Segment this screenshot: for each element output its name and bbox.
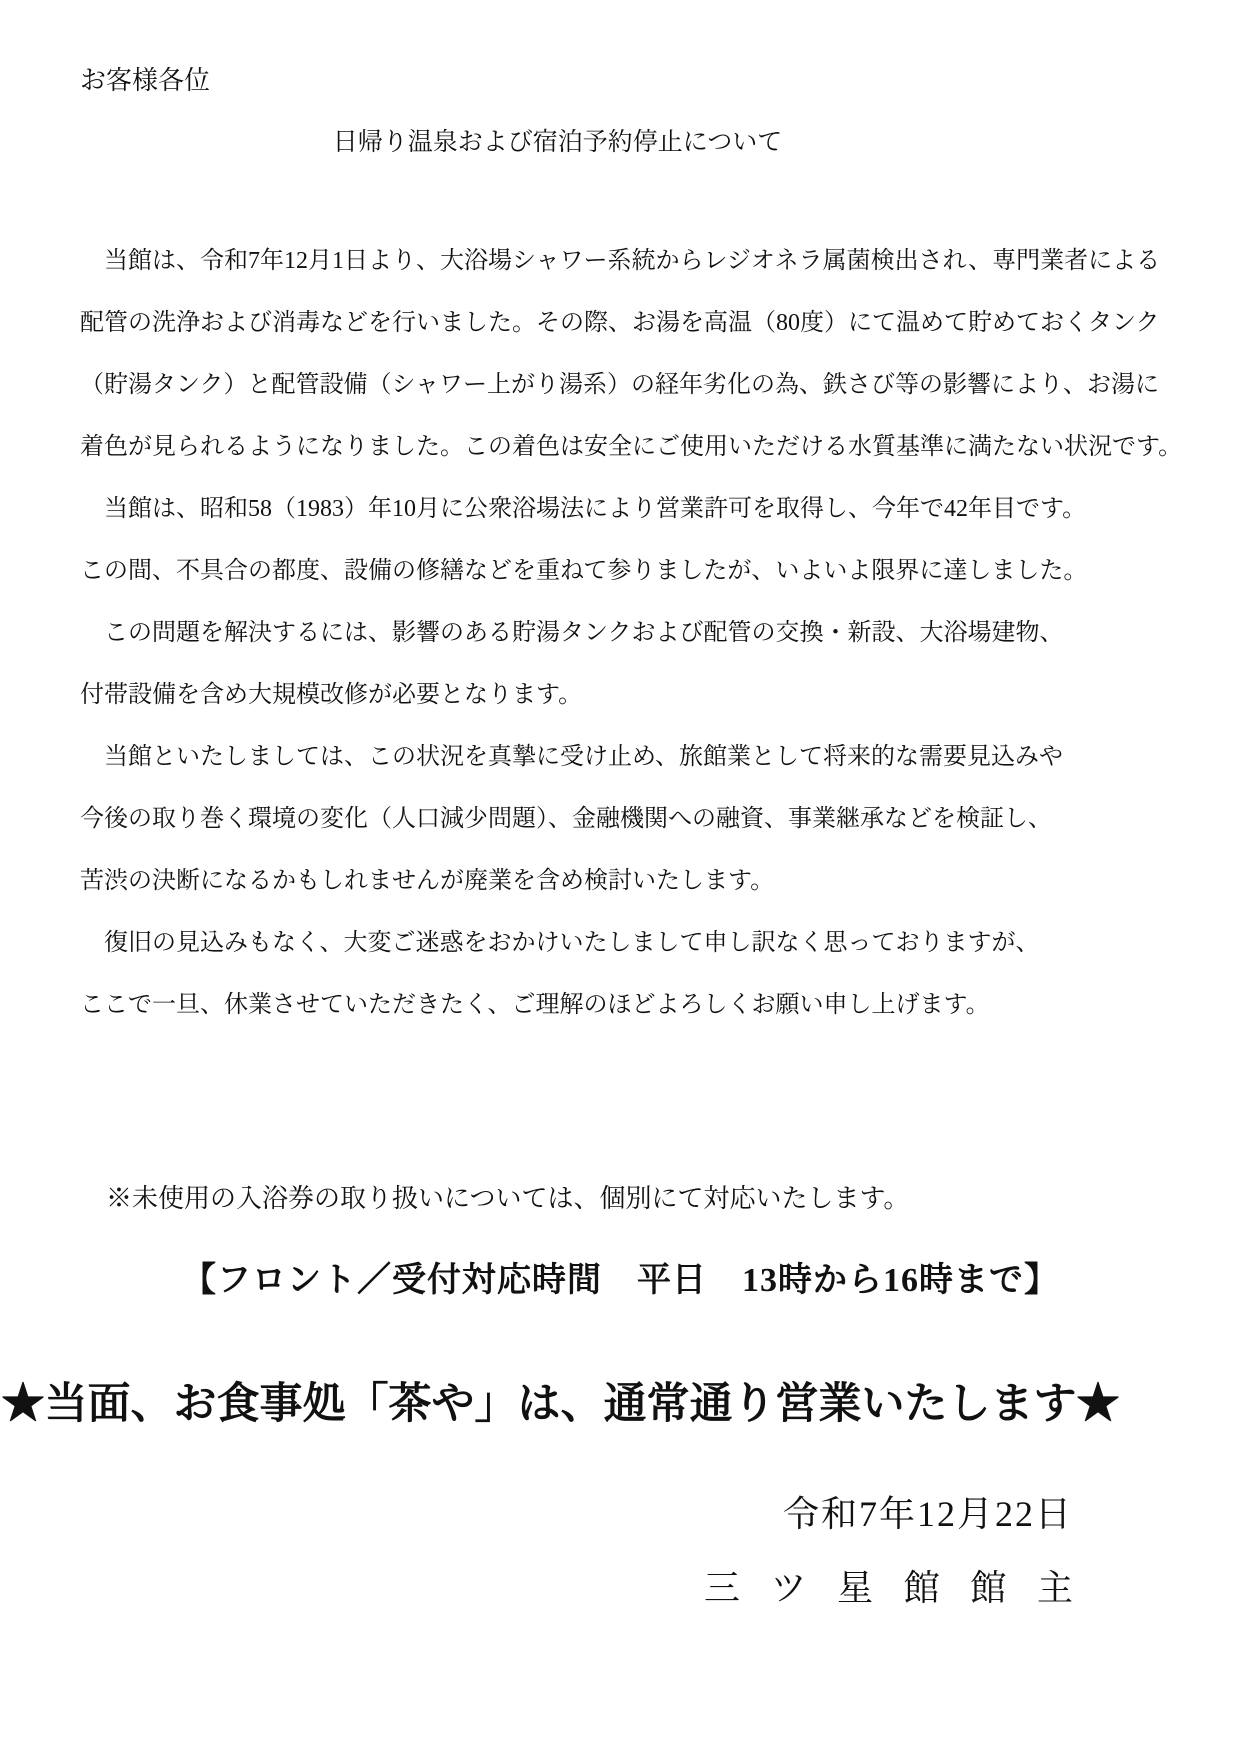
body-line: 当館は、令和7年12月1日より、大浴場シャワー系統からレジオネラ属菌検出され、専… bbox=[80, 230, 1181, 292]
recipient-line: お客様各位 bbox=[80, 60, 210, 97]
front-desk-hours: 【フロント／受付対応時間 平日 13時から16時まで】 bbox=[0, 1252, 1241, 1301]
body-line: 今後の取り巻く環境の変化（人口減少問題）、金融機関への融資、事業継承などを検証し… bbox=[80, 788, 1181, 850]
issue-date: 令和7年12月22日 bbox=[783, 1486, 1073, 1537]
body-line: （貯湯タンク）と配管設備（シャワー上がり湯系）の経年劣化の為、鉄さび等の影響によ… bbox=[80, 354, 1181, 416]
body-line: 当館は、昭和58（1983）年10月に公衆浴場法により営業許可を取得し、今年で4… bbox=[80, 478, 1181, 540]
body-line: この間、不具合の都度、設備の修繕などを重ねて参りましたが、いよいよ限界に達しまし… bbox=[80, 540, 1181, 602]
body-line: 配管の洗浄および消毒などを行いました。その際、お湯を高温（80度）にて温めて貯め… bbox=[80, 292, 1181, 354]
body-line: 苦渋の決断になるかもしれませんが廃業を含め検討いたします。 bbox=[80, 850, 1181, 912]
body-paragraphs: 当館は、令和7年12月1日より、大浴場シャワー系統からレジオネラ属菌検出され、専… bbox=[80, 230, 1181, 1036]
restaurant-notice: ★当面、お食事処「茶や」は、通常通り営業いたします★ bbox=[0, 1370, 1241, 1431]
notice-document: お客様各位 日帰り温泉および宿泊予約停止について 当館は、令和7年12月1日より… bbox=[0, 0, 1241, 1755]
body-line: 復旧の見込みもなく、大変ご迷惑をおかけいたしまして申し訳なく思っておりますが、 bbox=[80, 912, 1181, 974]
signature-line: 三ツ星館館主 bbox=[704, 1560, 1104, 1611]
body-line: 着色が見られるようになりました。この着色は安全にご使用いただける水質基準に満たな… bbox=[80, 416, 1181, 478]
document-title: 日帰り温泉および宿泊予約停止について bbox=[0, 122, 1241, 158]
body-line: ここで一旦、休業させていただきたく、ご理解のほどよろしくお願い申し上げます。 bbox=[80, 974, 1181, 1036]
body-line: 当館といたしましては、この状況を真摯に受け止め、旅館業として将来的な需要見込みや bbox=[80, 726, 1181, 788]
body-line: 付帯設備を含め大規模改修が必要となります。 bbox=[80, 664, 1181, 726]
body-line: この問題を解決するには、影響のある貯湯タンクおよび配管の交換・新設、大浴場建物、 bbox=[80, 602, 1181, 664]
unused-ticket-note: ※未使用の入浴券の取り扱いについては、個別にて対応いたします。 bbox=[106, 1178, 909, 1215]
